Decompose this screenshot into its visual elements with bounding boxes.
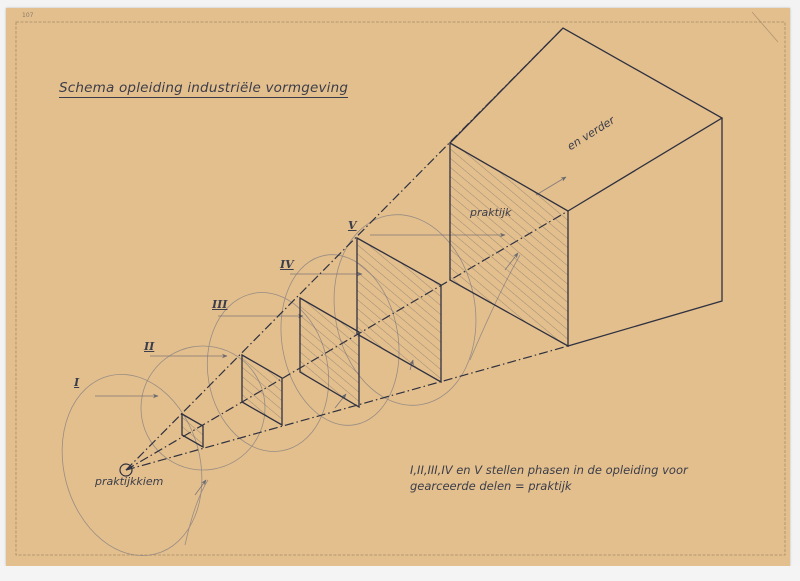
phase-label-2: II [144, 340, 154, 353]
legend-line-1: I,II,III,IV en V stellen phasen in de op… [410, 462, 688, 478]
practice-box [450, 143, 568, 346]
phase-label-4: IV [280, 258, 294, 271]
corner-mark: 107 [22, 12, 33, 19]
origin-label: praktijkkiem [95, 475, 163, 488]
phase-label-1: I [74, 376, 79, 389]
phase-label-3: III [212, 298, 227, 311]
practice-label: praktijk [470, 206, 511, 219]
legend-line-2: gearceerde delen = praktijk [410, 478, 572, 494]
document-title: Schema opleiding industriële vormgeving [59, 80, 348, 98]
phase-box-3 [300, 298, 359, 407]
phase-box-1 [182, 414, 203, 447]
phase-boxes [182, 143, 568, 447]
phase-label-5: V [348, 219, 357, 232]
phase-box-2 [242, 355, 282, 425]
